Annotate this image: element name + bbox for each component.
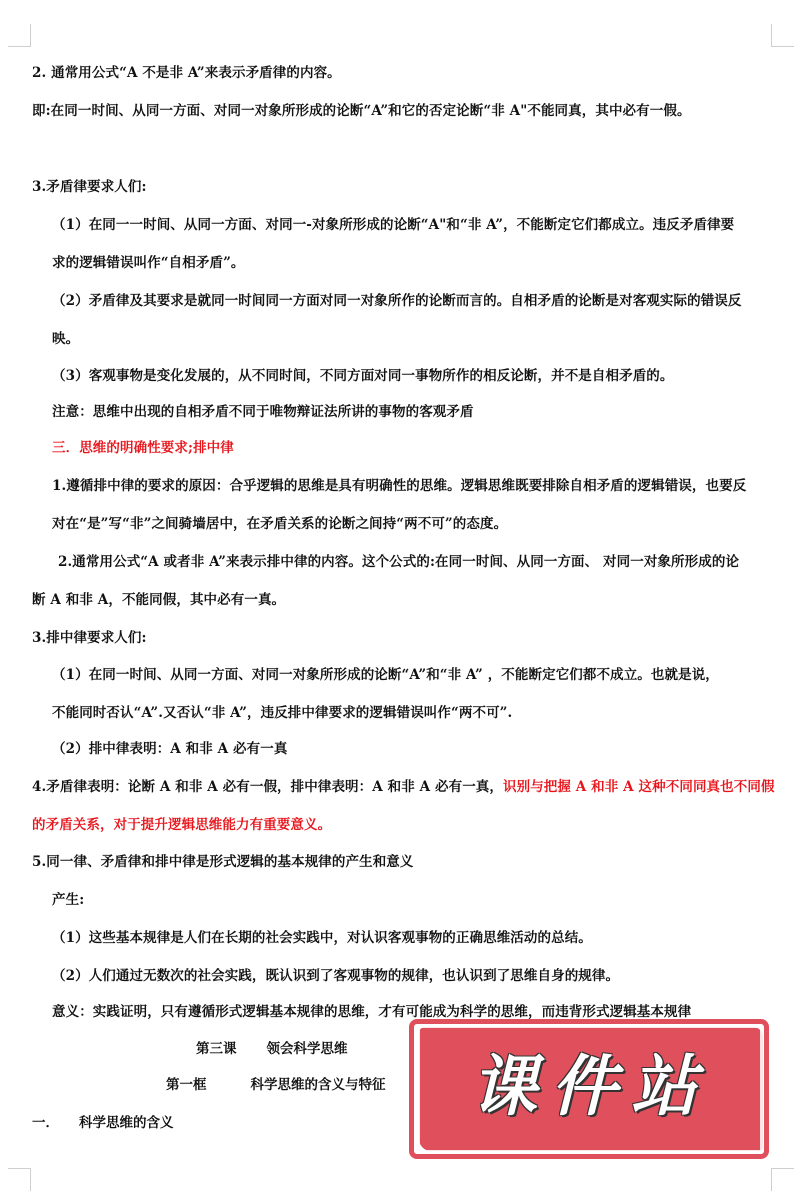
watermark-text: 课件站 <box>405 1047 777 1127</box>
section-heading-red: 三．思维的明确性要求;排中律 <box>52 439 234 457</box>
page-corner-mark-top-left <box>8 24 31 47</box>
paragraph-line: 对在“是”写“非”之间骑墙居中，在矛盾关系的论断之间持“两不可”的态度。 <box>52 515 507 533</box>
lesson-title: 第三课领会科学思维 <box>196 1040 348 1058</box>
paragraph-line: （1）在同一一时间、从同一方面、对同一-对象所形成的论断“A"和“非 A”，不能… <box>52 216 734 234</box>
section-title: 科学思维的含义 <box>79 1115 174 1131</box>
mixed-line-red-part: 识别与把握 A 和非 A 这种不同同真也不同假 <box>503 779 775 795</box>
page-corner-mark-bottom-right <box>771 1168 794 1191</box>
mixed-line-black-part: 4.矛盾律表明：论断 A 和非 A 必有一假，排中律表明：A 和非 A 必有一真… <box>32 779 503 795</box>
lesson-name: 领会科学思维 <box>267 1041 348 1057</box>
paragraph-line-red: 的矛盾关系，对于提升逻辑思维能力有重要意义。 <box>32 816 331 834</box>
section-heading: 一．科学思维的含义 <box>32 1114 174 1132</box>
frame-title: 第一框科学思维的含义与特征 <box>166 1076 386 1094</box>
paragraph-line: 即:在同一时间、从同一方面、对同一对象所形成的论断“A”和它的否定论断“非 A"… <box>32 102 691 120</box>
paragraph-line: （2）矛盾律及其要求是就同一时间同一方面对同一对象所作的论断而言的。自相矛盾的论… <box>52 292 742 310</box>
paragraph-line: 映。 <box>52 330 79 348</box>
subheading: 5.同一律、矛盾律和排中律是形式逻辑的基本规律的产生和意义 <box>32 853 414 871</box>
paragraph-line: 2. 通常用公式“A 不是非 A”来表示矛盾律的内容。 <box>32 64 341 82</box>
section-number: 一． <box>32 1115 59 1131</box>
mixed-color-line: 4.矛盾律表明：论断 A 和非 A 必有一假，排中律表明：A 和非 A 必有一真… <box>32 778 775 796</box>
paragraph-line: 断 A 和非 A，不能同假，其中必有一真。 <box>32 591 285 609</box>
lesson-number: 第三课 <box>196 1041 237 1057</box>
paragraph-line: 不能同时否认“A”.又否认“非 A”，违反排中律要求的逻辑错误叫作“两不可”. <box>52 704 512 722</box>
note-line: 注意：思维中出现的自相矛盾不同于唯物辩证法所讲的事物的客观矛盾 <box>52 403 474 421</box>
watermark-stamp: 课件站 <box>405 1013 777 1165</box>
paragraph-line: （2）人们通过无数次的社会实践，既认识到了客观事物的规律，也认识到了思维自身的规… <box>52 967 619 985</box>
paragraph-line: 求的逻辑错误叫作“自相矛盾”。 <box>52 254 245 272</box>
subheading: 3.排中律要求人们: <box>32 629 147 647</box>
subheading: 3.矛盾律要求人们: <box>32 178 147 196</box>
page-corner-mark-bottom-left <box>8 1168 31 1191</box>
frame-name: 科学思维的含义与特征 <box>251 1077 386 1093</box>
paragraph-line: 1.遵循排中律的要求的原因：合乎逻辑的思维是具有明确性的思维。逻辑思维既要排除自… <box>52 477 746 495</box>
frame-number: 第一框 <box>166 1077 207 1093</box>
label-line: 产生: <box>52 891 84 909</box>
paragraph-line: （3）客观事物是变化发展的，从不同时间，不同方面对同一事物所作的相反论断，并不是… <box>52 367 674 385</box>
page-corner-mark-top-right <box>771 24 794 47</box>
paragraph-line: 2.通常用公式“A 或者非 A”来表示排中律的内容。这个公式的:在同一时间、从同… <box>58 553 739 571</box>
paragraph-line: （1）在同一时间、从同一方面、对同一对象所形成的论断“A”和“非 A” ，不能断… <box>52 666 719 684</box>
paragraph-line: （2）排中律表明：A 和非 A 必有一真 <box>52 740 287 758</box>
paragraph-line: （1）这些基本规律是人们在长期的社会实践中，对认识客观事物的正确思维活动的总结。 <box>52 929 592 947</box>
